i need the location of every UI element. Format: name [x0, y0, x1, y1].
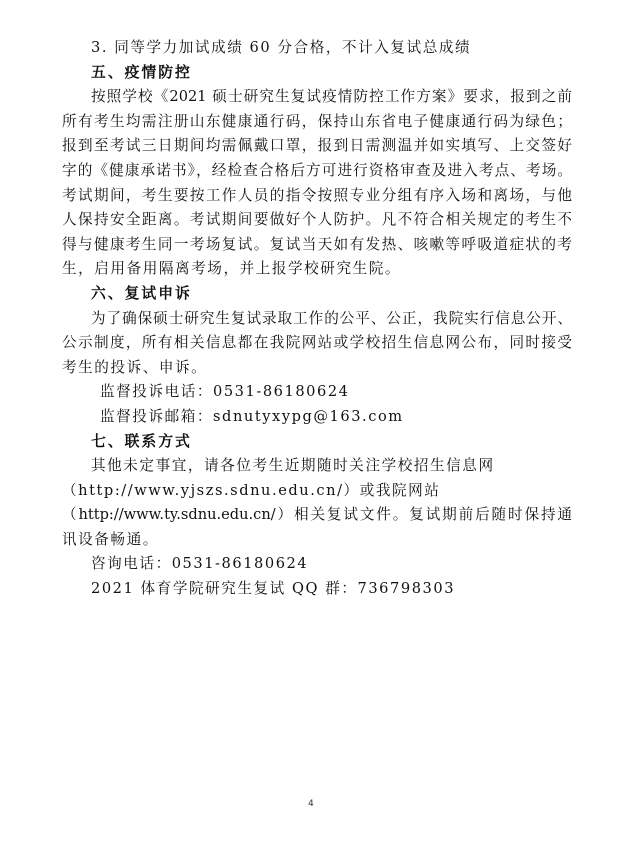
section-5-line: 考试期间，考生要按工作人员的指令按照专业分组有序入场和离场，与他	[62, 184, 572, 209]
section-5-line: 按照学校《2021 硕士研究生复试疫情防控工作方案》要求，报到之前	[62, 85, 572, 110]
section-5-line: 生，启用备用隔离考场，并上报学校研究生院。	[62, 257, 572, 282]
section-7-line: 其他未定事宜，请各位考生近期随时关注学校招生信息网	[62, 454, 572, 479]
complaint-phone: 监督投诉电话：0531-86180624	[62, 380, 572, 405]
section-5-line: 字的《健康承诺书》，经检查合格后方可进行资格审查及进入考点、考场。	[62, 159, 572, 184]
section-7-heading: 七、联系方式	[62, 430, 572, 455]
section-6-heading: 六、复试申诉	[62, 282, 572, 307]
item-3-line: 3. 同等学力加试成绩 60 分合格，不计入复试总成绩	[62, 36, 572, 61]
section-7-url-line: （http://www.ty.sdnu.edu.cn/）相关复试文件。复试期前后…	[62, 503, 572, 528]
section-7-url-line: （http://www.yjszs.sdnu.edu.cn/）或我院网站	[62, 479, 572, 504]
section-5-heading: 五、疫情防控	[62, 61, 572, 86]
section-6-line: 公示制度，所有相关信息都在我院网站或学校招生信息网公布，同时接受	[62, 331, 572, 356]
page-number: 4	[308, 799, 314, 809]
section-5-line: 所有考生均需注册山东健康通行码，保持山东省电子健康通行码为绿色；	[62, 110, 572, 135]
qq-group: 2021 体育学院研究生复试 QQ 群：736798303	[62, 577, 572, 602]
section-5-line: 报到至考试三日期间均需佩戴口罩，报到日需测温并如实填写、上交签好	[62, 134, 572, 159]
document-page: 3. 同等学力加试成绩 60 分合格，不计入复试总成绩 五、疫情防控 按照学校《…	[62, 36, 572, 602]
section-6-line: 为了确保硕士研究生复试录取工作的公平、公正，我院实行信息公开、	[62, 307, 572, 332]
section-5-line: 得与健康考生同一考场复试。复试当天如有发热、咳嗽等呼吸道症状的考	[62, 233, 572, 258]
section-6-line: 考生的投诉、申诉。	[62, 356, 572, 381]
consult-phone: 咨询电话：0531-86180624	[62, 552, 572, 577]
section-7-line: 讯设备畅通。	[62, 528, 572, 553]
section-5-line: 人保持安全距离。考试期间要做好个人防护。凡不符合相关规定的考生不	[62, 208, 572, 233]
complaint-email: 监督投诉邮箱：sdnutyxypg@163.com	[62, 405, 572, 430]
